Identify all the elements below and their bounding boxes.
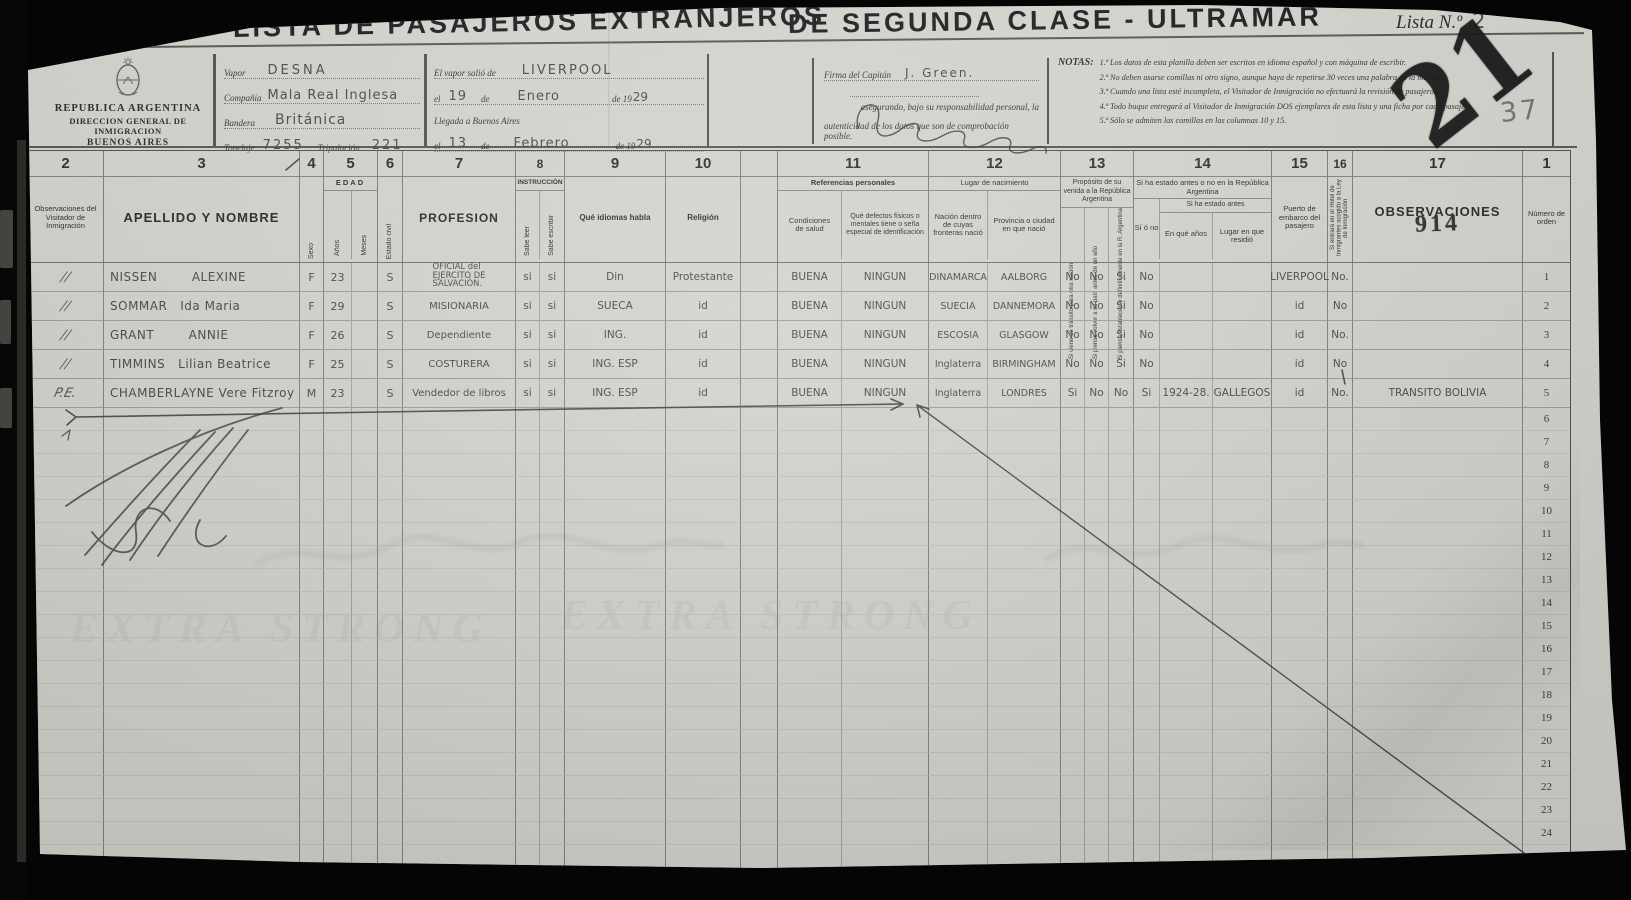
- edge-fragment: [0, 388, 12, 428]
- document-paper: EXTRA STRONG EXTRA STRONG LISTA DE PASAJ…: [0, 0, 1631, 900]
- underlying-page-edge: [17, 140, 26, 862]
- edge-fragment: [0, 300, 11, 344]
- photo-left-edge: [0, 0, 27, 900]
- closing-line-left-hook: [66, 410, 76, 425]
- captain-signature-scrawl: [857, 105, 1046, 153]
- paper-crease: [1100, 380, 1580, 850]
- pen-tick: [286, 159, 299, 170]
- scanned-passenger-list-photo: EXTRA STRONG EXTRA STRONG LISTA DE PASAJ…: [0, 0, 1631, 900]
- visitador-scrawl-signature: [62, 408, 282, 565]
- paper-crease: [608, 8, 611, 148]
- closing-line: [76, 404, 903, 417]
- edge-fragment: [0, 210, 13, 268]
